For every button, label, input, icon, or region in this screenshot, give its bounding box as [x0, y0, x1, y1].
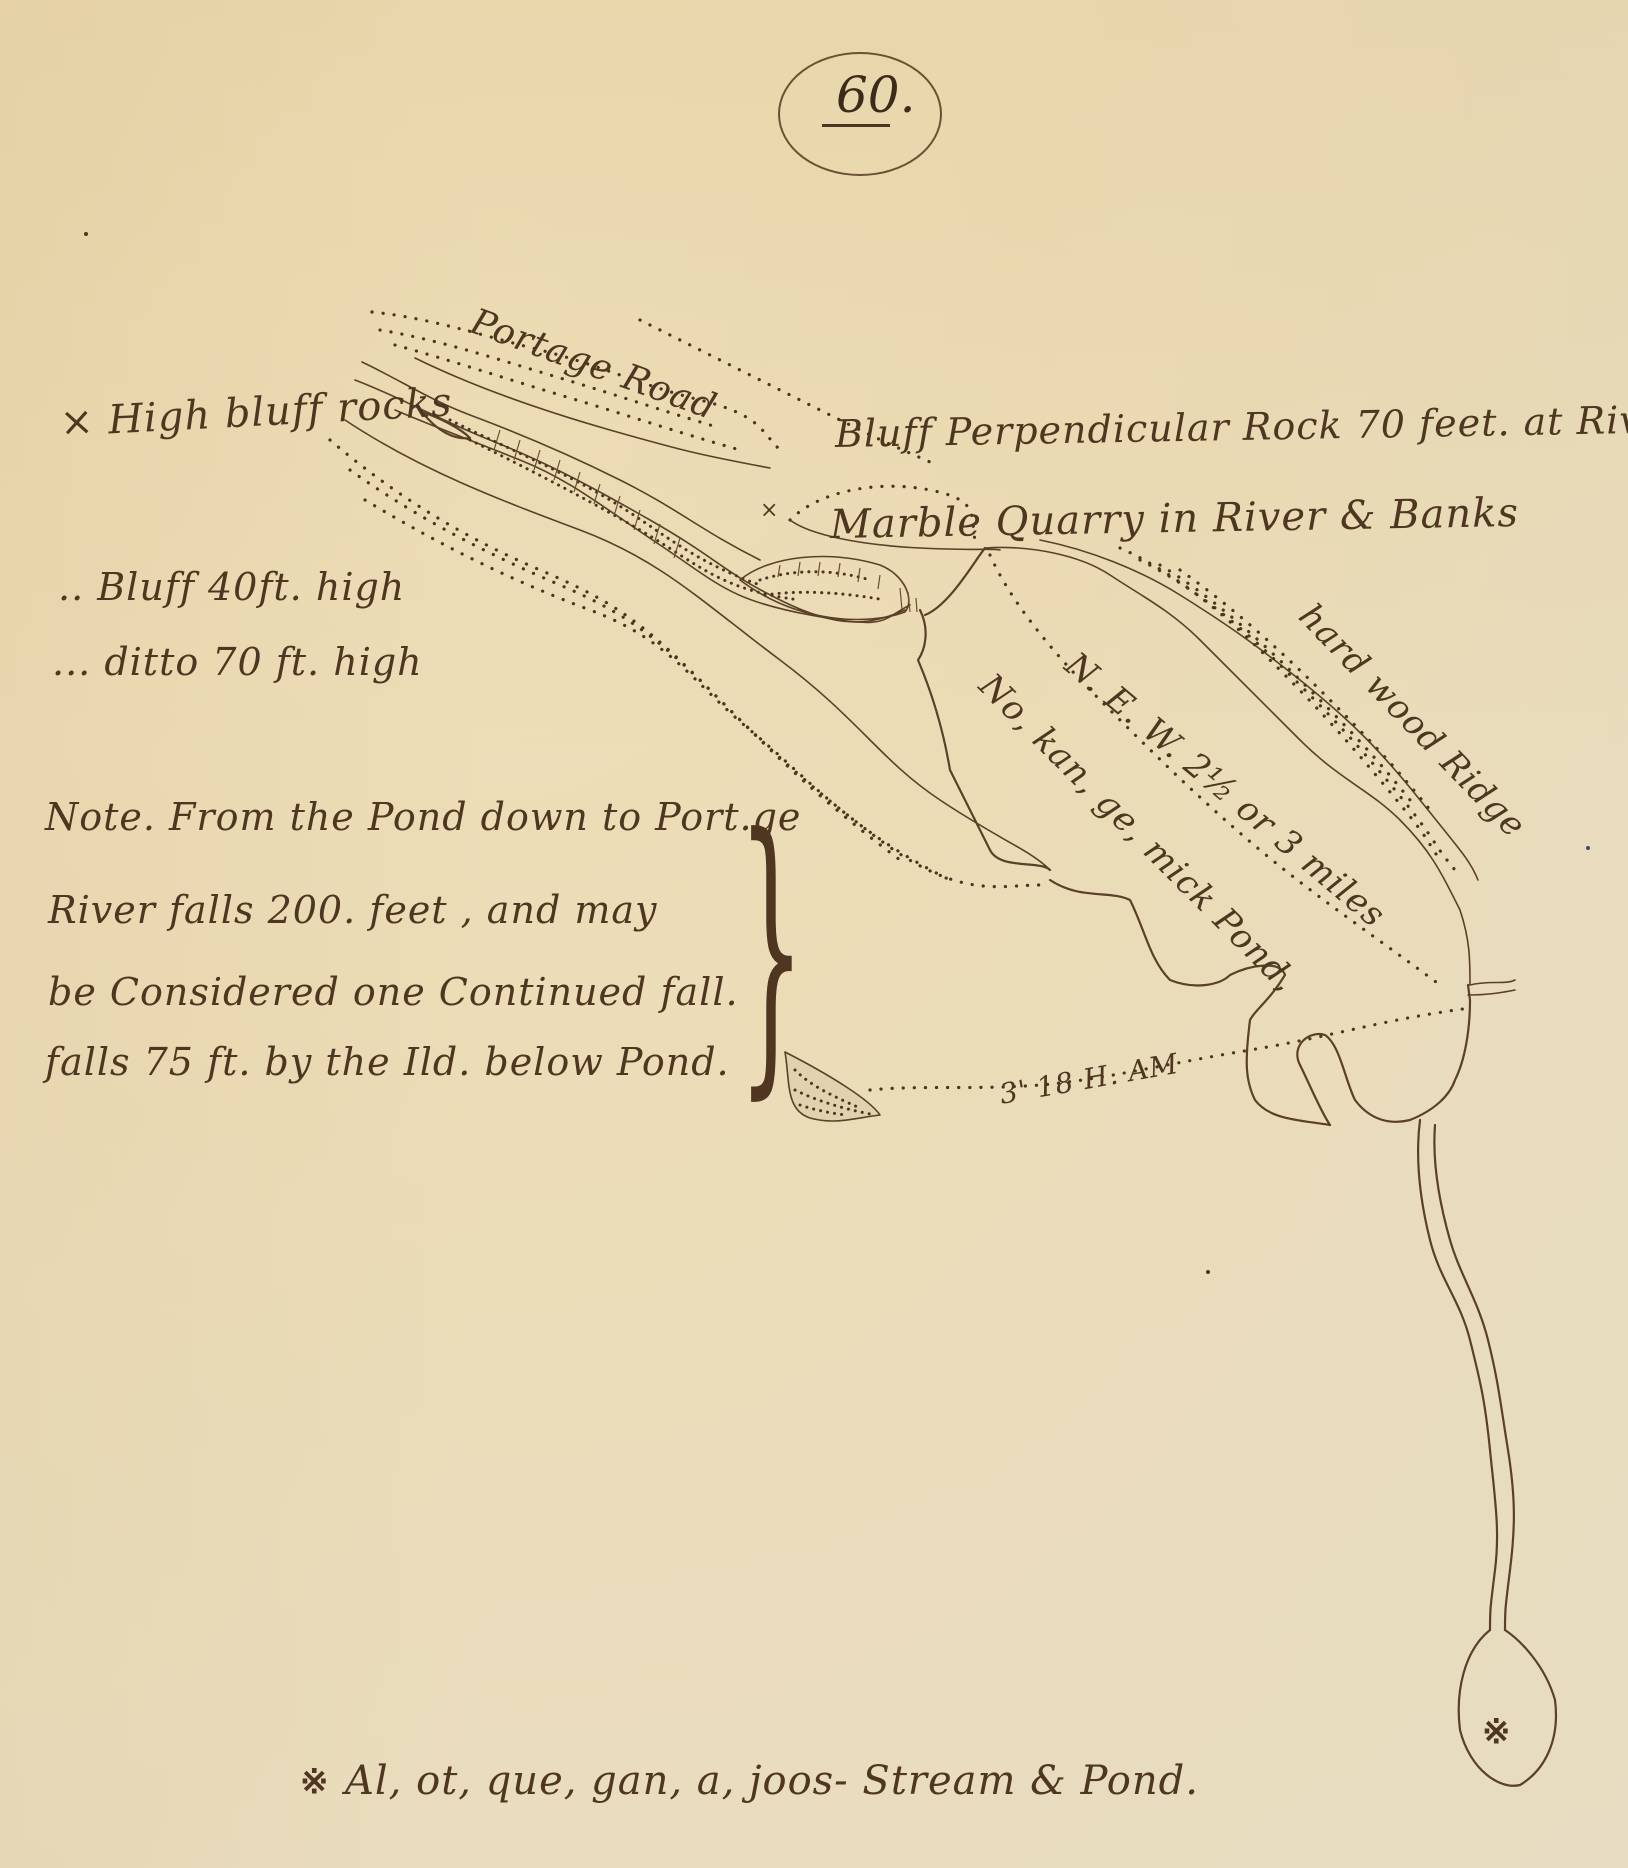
stray-mark — [1206, 1270, 1210, 1274]
note-line: River falls 200. feet , and may — [48, 888, 658, 932]
label-marble-x: × — [760, 498, 779, 523]
note-line: Note. From the Pond down to Port.ge — [45, 795, 801, 839]
stray-mark — [1586, 846, 1590, 850]
footnote-text: Al, ot, que, gan, a, joos- Stream & Pond… — [345, 1758, 1199, 1804]
stray-mark — [84, 232, 88, 236]
footnote-marker-icon: ※ — [300, 1762, 330, 1802]
note-brace: } — [738, 800, 805, 1100]
note-line: be Considered one Continued fall. — [48, 970, 739, 1014]
pond-marker-icon: ※ — [1482, 1712, 1512, 1752]
manuscript-page: 60. — [0, 0, 1628, 1868]
note-line: falls 75 ft. by the Ild. below Pond. — [45, 1040, 730, 1084]
legend-bluff-40: .. Bluff 40ft. high — [58, 565, 405, 609]
map-drawing — [0, 0, 1628, 1868]
legend-ditto-70: ... ditto 70 ft. high — [52, 640, 423, 684]
